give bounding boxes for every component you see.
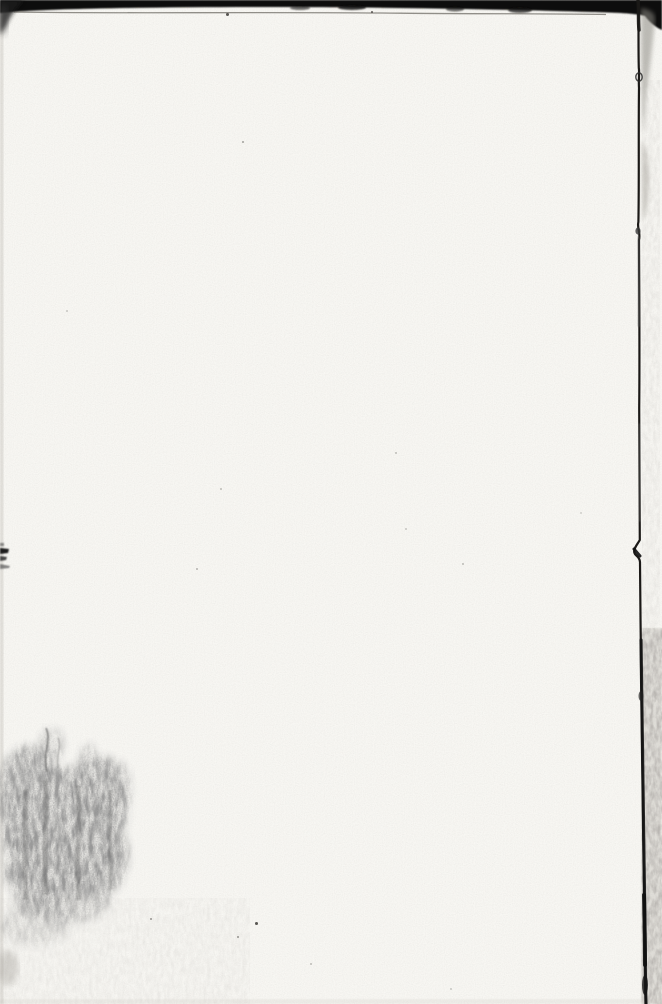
paper-speck (237, 936, 239, 938)
paper-speck (226, 13, 229, 16)
paper-speck (310, 963, 312, 965)
paper-speck (395, 452, 397, 454)
paper-speck (580, 512, 582, 514)
paper-speck (150, 918, 152, 920)
scanned-page (0, 0, 662, 1004)
paper-speck (450, 988, 452, 990)
paper-speck (66, 310, 68, 312)
paper-speck (371, 11, 373, 13)
paper-speck (196, 568, 198, 570)
scan-artifacts (0, 0, 662, 1004)
paper-speck (255, 922, 258, 925)
gutter-knot-icon (635, 227, 640, 234)
paper-speck (405, 528, 407, 530)
paper-speck (462, 563, 464, 565)
charcoal-smudge-icon (0, 700, 210, 1000)
paper-speck (242, 141, 244, 143)
paper-speck (220, 488, 222, 490)
